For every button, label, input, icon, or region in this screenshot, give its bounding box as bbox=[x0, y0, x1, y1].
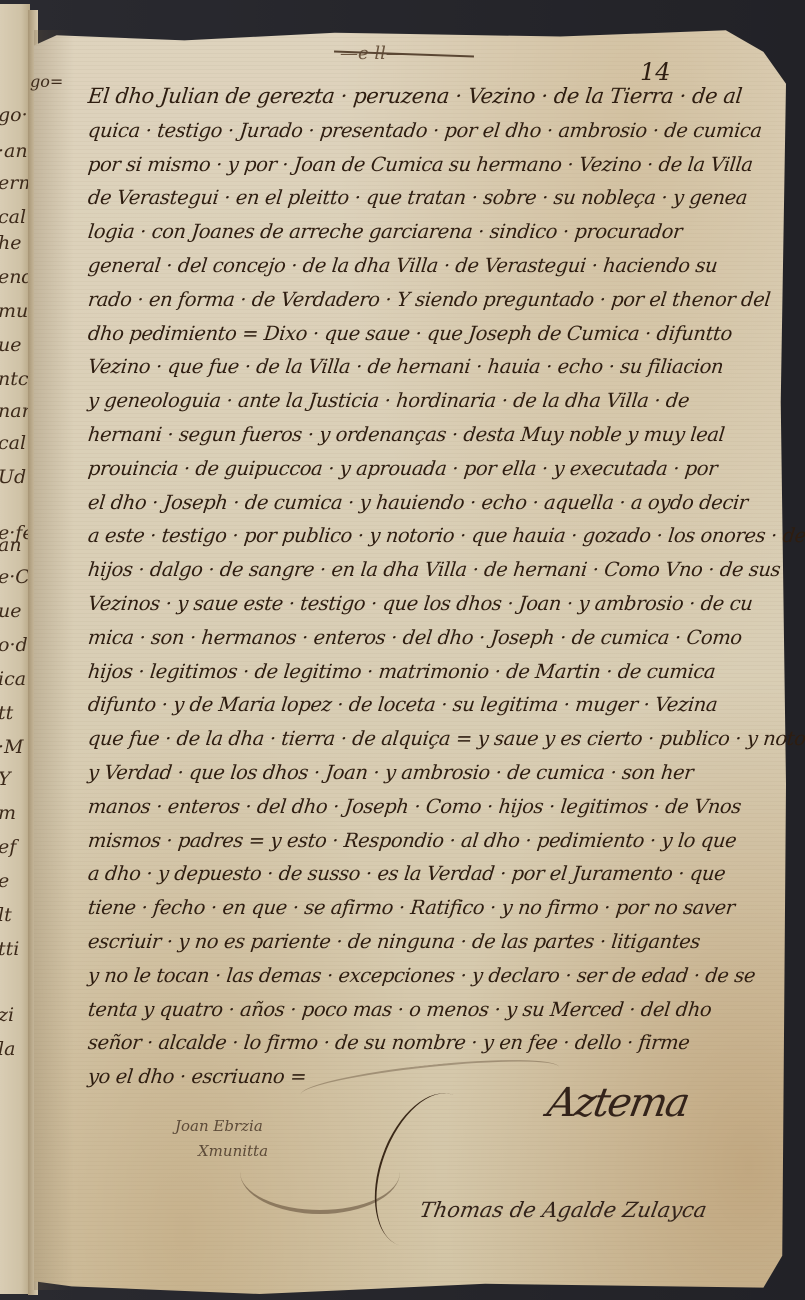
facing-page-fragment: end bbox=[0, 266, 30, 288]
facing-page-fragment: m bbox=[0, 802, 30, 824]
text-line: Vezinos · y saue este · testigo · que lo… bbox=[86, 587, 780, 621]
text-line: hijos · dalgo · de sangre · en la dha Vi… bbox=[86, 553, 780, 587]
facing-page-fragment: e·C bbox=[0, 566, 30, 588]
text-line: y Verdad · que los dhos · Joan · y ambro… bbox=[86, 756, 780, 790]
text-line: mismos · padres = y esto · Respondio · a… bbox=[86, 824, 780, 858]
facing-page-fragment: ue bbox=[0, 334, 30, 356]
text-line: tiene · fecho · en que · se afirmo · Rat… bbox=[86, 891, 780, 925]
text-line: prouincia · de guipuccoa · y aprouada · … bbox=[86, 452, 780, 486]
text-line: Vezino · que fue · de la Villa · de hern… bbox=[86, 350, 780, 384]
text-line: y geneologuia · ante la Justicia · hordi… bbox=[86, 384, 780, 418]
facing-page-fragment: ica bbox=[0, 668, 30, 690]
text-line: yo el dho · escriuano = bbox=[86, 1060, 780, 1094]
facing-page-fragment: ·an bbox=[0, 140, 30, 162]
facing-page-fragment: mu bbox=[0, 300, 30, 322]
facing-page-fragment: cal bbox=[0, 206, 30, 228]
facing-page-edge: go·de ·an erm cal he end mu ue ntc nar c… bbox=[0, 4, 30, 1294]
facing-page-fragment: he bbox=[0, 232, 30, 254]
text-line: que fue · de la dha · tierra · de alquiç… bbox=[86, 722, 780, 756]
facing-page-fragment: e bbox=[0, 870, 30, 892]
facing-page-fragment: zi bbox=[0, 1004, 30, 1026]
text-line: señor · alcalde · lo firmo · de su nombr… bbox=[86, 1026, 780, 1060]
facing-page-fragment: ntc bbox=[0, 368, 30, 390]
text-line: por si mismo · y por · Joan de Cumica su… bbox=[86, 148, 780, 182]
facing-page-fragment: go·de bbox=[0, 104, 30, 126]
text-line: de Verastegui · en el pleitto · que trat… bbox=[86, 181, 780, 215]
text-line: a este · testigo · por publico · y notor… bbox=[86, 519, 780, 553]
facing-page-fragment: nar bbox=[0, 400, 30, 422]
manuscript-text: El dho Julian de gerezta · peruzena · Ve… bbox=[88, 80, 778, 1094]
text-line: escriuir · y no es pariente · de ninguna… bbox=[86, 925, 780, 959]
facing-page-fragment: an bbox=[0, 534, 30, 556]
facing-page-fragment: lt bbox=[0, 904, 30, 926]
facing-page-fragment: tti bbox=[0, 938, 30, 960]
text-line: general · del concejo · de la dha Villa … bbox=[86, 249, 780, 283]
facing-page-fragment: tt bbox=[0, 702, 30, 724]
text-line: rado · en forma · de Verdadero · Y siend… bbox=[86, 283, 780, 317]
text-line: dho pedimiento = Dixo · que saue · que J… bbox=[86, 317, 780, 351]
facing-page-fragment: ef bbox=[0, 836, 30, 858]
text-line: tenta y quatro · años · poco mas · o men… bbox=[86, 993, 780, 1027]
text-line: El dho Julian de gerezta · peruzena · Ve… bbox=[86, 80, 780, 114]
text-line: logia · con Joanes de arreche garciarena… bbox=[86, 215, 780, 249]
facing-page-fragment: erm bbox=[0, 172, 30, 194]
text-line: hijos · legitimos · de legitimo · matrim… bbox=[86, 655, 780, 689]
text-line: manos · enteros · del dho · Joseph · Com… bbox=[86, 790, 780, 824]
text-line: a dho · y depuesto · de susso · es la Ve… bbox=[86, 857, 780, 891]
facing-page-fragment: la bbox=[0, 1038, 30, 1060]
facing-page-fragment: o·d bbox=[0, 634, 30, 656]
facing-page-fragment: ·M bbox=[0, 736, 30, 758]
text-line: difunto · y de Maria lopez · de loceta ·… bbox=[86, 688, 780, 722]
header-mark: —e ll— bbox=[340, 43, 404, 64]
text-line: el dho · Joseph · de cumica · y hauiendo… bbox=[86, 486, 780, 520]
facing-page-fragment: ue bbox=[0, 600, 30, 622]
text-line: quica · testigo · Jurado · presentado · … bbox=[86, 114, 780, 148]
text-line: hernani · segun fueros · y ordenanças · … bbox=[86, 418, 780, 452]
facing-page-fragment: Y bbox=[0, 768, 30, 790]
margin-mark: go= bbox=[30, 72, 63, 91]
facing-page-fragment: cal bbox=[0, 432, 30, 454]
text-line: mica · son · hermanos · enteros · del dh… bbox=[86, 621, 780, 655]
facing-page-fragment: Ud bbox=[0, 466, 30, 488]
text-line: y no le tocan · las demas · excepciones … bbox=[86, 959, 780, 993]
page-curl-shadow bbox=[34, 30, 74, 1290]
